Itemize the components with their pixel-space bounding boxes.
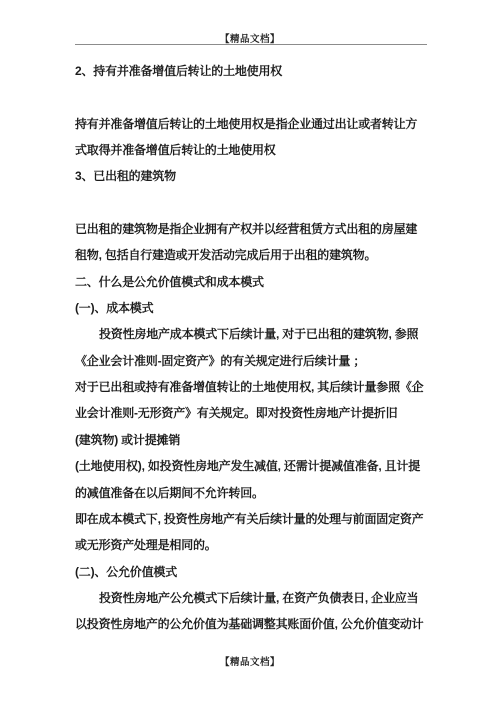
text-line: 对于已出租或持有准备增值转让的土地使用权, 其后续计量参照《企 — [75, 374, 431, 400]
text-line: 二、什么是公允价值模式和成本模式 — [75, 269, 431, 295]
text-line: 2、持有并准备增值后转让的土地使用权 — [75, 58, 431, 84]
blank-line — [75, 84, 431, 110]
text-line: (二)、公允价值模式 — [75, 559, 431, 585]
header-rule — [75, 44, 427, 45]
text-line: 以投资性房地产的公允价值为基础调整其账面价值, 公允价值变动计 — [75, 611, 431, 637]
text-line: (土地使用权), 如投资性房地产发生减值, 还需计提减值准备, 且计提 — [75, 453, 431, 479]
text-line: 即在成本模式下, 投资性房地产有关后续计量的处理与前面固定资产 — [75, 506, 431, 532]
text-line: (建筑物) 或计提摊销 — [75, 427, 431, 453]
header-badge: 【精品文档】 — [0, 31, 500, 45]
footer-badge: 【精品文档】 — [0, 654, 500, 668]
text-line: (一)、成本模式 — [75, 295, 431, 321]
text-line: 《企业会计准则-固定资产》的有关规定进行后续计量 ； — [75, 348, 431, 374]
text-line: 已出租的建筑物是指企业拥有产权并以经营租赁方式出租的房屋建 — [75, 216, 431, 242]
text-line: 租物, 包括自行建造或开发活动完成后用于出租的建筑物。 — [75, 242, 431, 268]
text-line: 业会计准则-无形资产》有关规定。即对投资性房地产计提折旧 — [75, 400, 431, 426]
document-page: 【精品文档】 2、持有并准备增值后转让的土地使用权 持有并准备增值后转让的土地使… — [0, 0, 500, 708]
text-line: 式取得并准备增值后转让的土地使用权 — [75, 137, 431, 163]
text-line: 或无形资产处理是相同的。 — [75, 532, 431, 558]
text-line: 投资性房地产成本模式下后续计量, 对于已出租的建筑物, 参照 — [75, 321, 431, 347]
text-line: 投资性房地产公允模式下后续计量, 在资产负债表日, 企业应当 — [75, 585, 431, 611]
text-line: 持有并准备增值后转让的土地使用权是指企业通过出让或者转让方 — [75, 111, 431, 137]
blank-line — [75, 190, 431, 216]
text-line: 3、已出租的建筑物 — [75, 163, 431, 189]
text-line: 的减值准备在以后期间不允许转回。 — [75, 480, 431, 506]
document-body: 2、持有并准备增值后转让的土地使用权 持有并准备增值后转让的土地使用权是指企业通… — [75, 58, 431, 638]
